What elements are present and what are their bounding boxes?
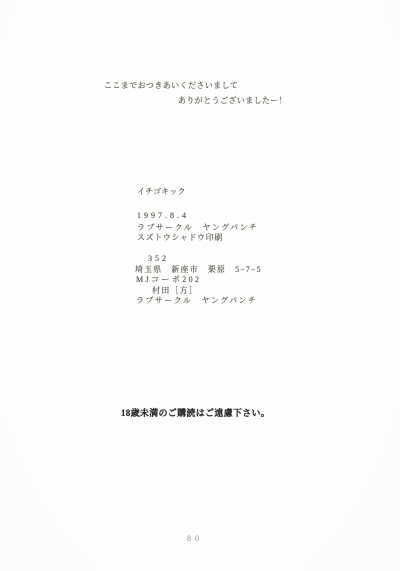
colophon-address: 埼玉県 新座市 栗原 5−7−5 (135, 265, 262, 275)
colophon-postal-code: 352 (148, 254, 169, 264)
page-number: 80 (187, 534, 203, 544)
colophon-book-title: イチゴキック (137, 187, 186, 197)
colophon-circle-name: ラブサークル ヤングパンチ (137, 223, 258, 233)
colophon-circle-name-repeat: ラブサークル ヤングパンチ (136, 296, 257, 306)
scanned-doujinshi-colophon-page: ここまでおつきあいくださいまして ありがとうございましたー！ イチゴキック 19… (0, 0, 400, 571)
colophon-care-of: 村田［方］ (152, 286, 198, 296)
age-restriction-notice: 18歳未満のご購読はご遠慮下さい。 (121, 408, 270, 418)
colophon-building: MJコーポ202 (136, 275, 201, 285)
afterword-line-1: ここまでおつきあいくださいまして (104, 81, 238, 91)
colophon-printer-name: スズトウシャドウ印刷 (137, 233, 223, 243)
afterword-line-2: ありがとうございましたー！ (178, 96, 287, 106)
colophon-publication-date: 1997.8.4 (137, 211, 189, 221)
